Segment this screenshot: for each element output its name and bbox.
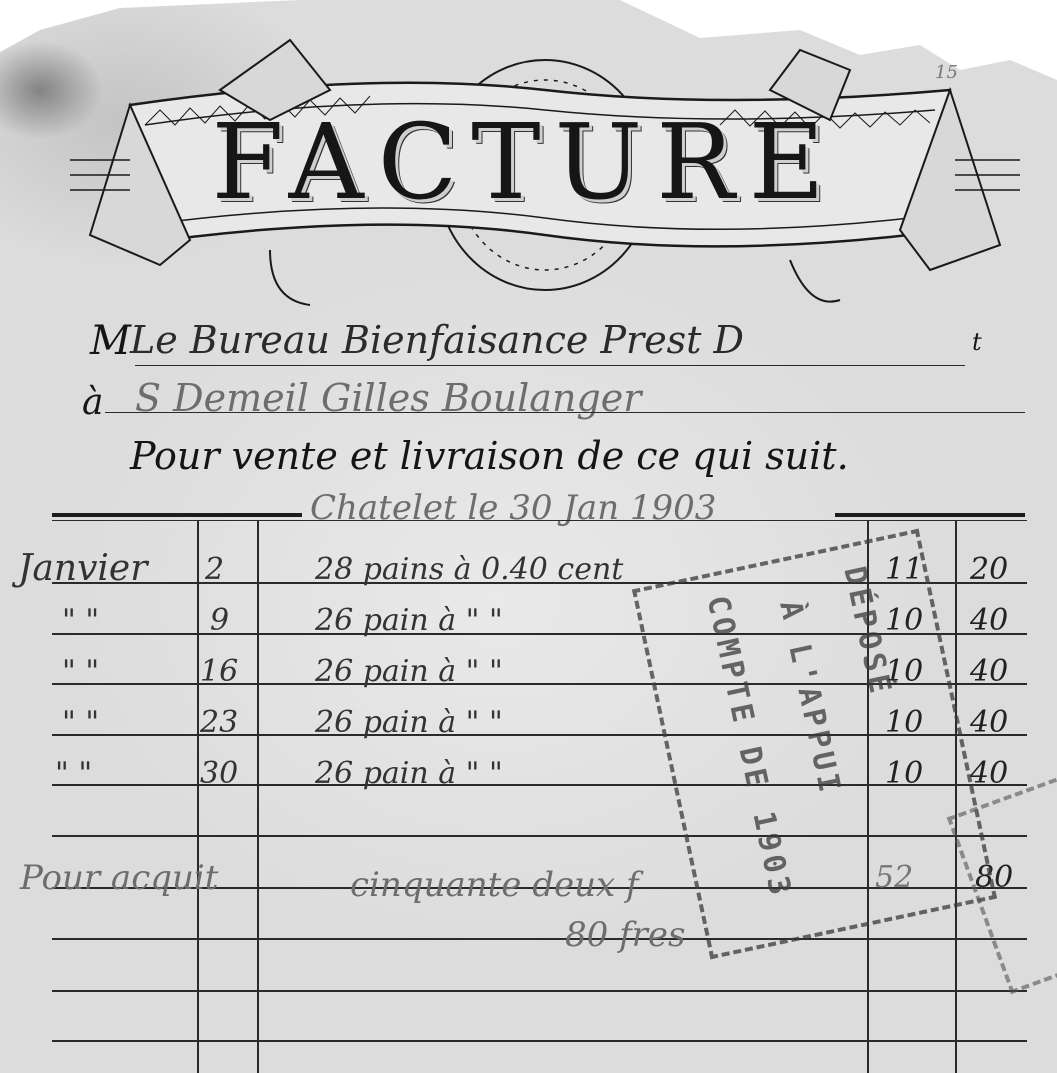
total-in-words: cinquante deux f bbox=[350, 865, 639, 905]
table-top-rule-left bbox=[52, 513, 302, 517]
addressee-prefix: M bbox=[90, 318, 131, 364]
row-month: Janvier bbox=[18, 548, 147, 589]
row-rule bbox=[52, 938, 1027, 940]
total-in-words-line2: 80 fres bbox=[565, 915, 685, 955]
row-month: " " bbox=[55, 756, 92, 791]
row-month: " " bbox=[62, 654, 99, 689]
row-centimes: 40 bbox=[970, 603, 1008, 638]
merchant-rule bbox=[105, 412, 1025, 413]
stamp-line-support: À L'APPUI bbox=[772, 597, 848, 799]
row-centimes: 20 bbox=[970, 552, 1008, 587]
merchant-name: S Demeil Gilles Boulanger bbox=[135, 376, 641, 420]
invoice-title: FACTURE bbox=[180, 110, 870, 214]
row-rule bbox=[52, 990, 1027, 992]
row-day: 9 bbox=[210, 603, 229, 638]
row-description: 26 pain à " " bbox=[315, 603, 503, 638]
row-description: 26 pain à " " bbox=[315, 756, 503, 791]
row-description: 26 pain à " " bbox=[315, 654, 503, 689]
table-top-rule-right bbox=[835, 513, 1025, 517]
row-day: 30 bbox=[200, 756, 238, 791]
row-rule bbox=[52, 1040, 1027, 1042]
from-prefix: à bbox=[82, 382, 103, 423]
row-centimes: 40 bbox=[970, 756, 1008, 791]
place-date: Chatelet le 30 Jan 1903 bbox=[310, 488, 716, 528]
row-centimes: 40 bbox=[970, 705, 1008, 740]
row-description: 28 pains à 0.40 cent bbox=[315, 552, 623, 587]
row-day: 23 bbox=[200, 705, 238, 740]
row-centimes: 40 bbox=[970, 654, 1008, 689]
corner-mark: 15 bbox=[935, 62, 958, 83]
addressee-rule bbox=[135, 365, 965, 366]
sale-description: Pour vente et livraison de ce qui suit. bbox=[130, 434, 849, 478]
row-day: 16 bbox=[200, 654, 238, 689]
row-description: 26 pain à " " bbox=[315, 705, 503, 740]
row-month: " " bbox=[62, 705, 99, 740]
row-day: 2 bbox=[205, 552, 224, 587]
addressee-name: Le Bureau Bienfaisance Prest D bbox=[130, 318, 744, 362]
stamp-line-deposited: DÉPOSÉ bbox=[836, 563, 898, 700]
row-month: " " bbox=[62, 603, 99, 638]
acquit-signature: Pour acquit bbox=[20, 858, 218, 898]
addressee-suffix: t bbox=[972, 328, 982, 356]
